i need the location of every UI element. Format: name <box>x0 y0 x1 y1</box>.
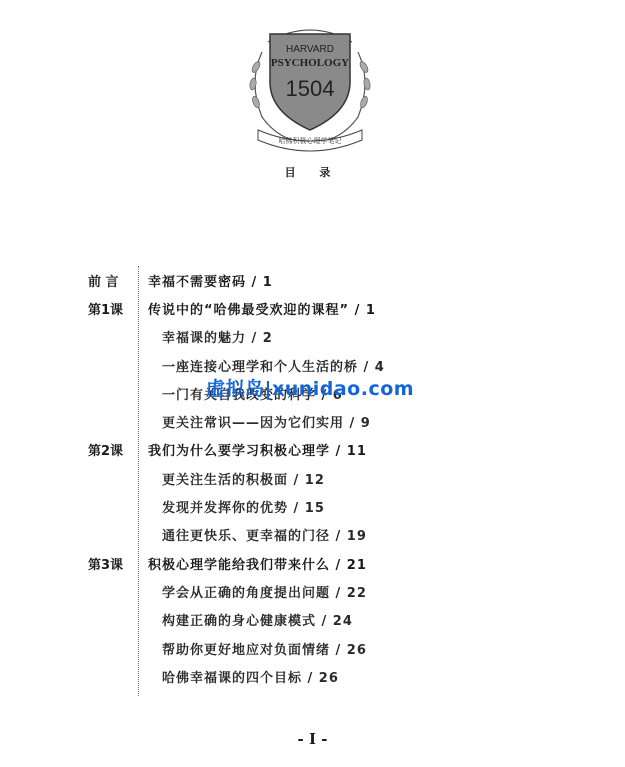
toc-section-row[interactable]: 更关注生活的积极面 / 12 <box>88 464 508 492</box>
toc-title-text: 一座连接心理学和个人生活的桥 / 4 <box>162 356 385 375</box>
toc-title-text: 传说中的“哈佛最受欢迎的课程” / 1 <box>148 299 376 318</box>
svg-text:1504: 1504 <box>286 76 335 101</box>
svg-text:HARVARD: HARVARD <box>286 44 334 55</box>
toc-title-text: 哈佛幸福课的四个目标 / 26 <box>162 667 339 686</box>
toc-section-row[interactable]: 构建正确的身心健康模式 / 24 <box>88 606 508 634</box>
toc-chapter-row[interactable]: 第2课我们为什么要学习积极心理学 / 11 <box>88 436 508 464</box>
toc-title-text: 学会从正确的角度提出问题 / 22 <box>162 582 367 601</box>
toc-section-row[interactable]: 幸福课的魅力 / 2 <box>88 323 508 351</box>
toc-section-row[interactable]: 帮助你更好地应对负面情绪 / 26 <box>88 634 508 662</box>
svg-text:哈佛积极心理学笔记: 哈佛积极心理学笔记 <box>279 136 342 145</box>
svg-text:PSYCHOLOGY: PSYCHOLOGY <box>271 57 349 69</box>
toc-section-row[interactable]: 更关注常识——因为它们实用 / 9 <box>88 407 508 435</box>
toc-section-row[interactable]: 通往更快乐、更幸福的门径 / 19 <box>88 521 508 549</box>
toc-label: 前 言 <box>88 271 140 290</box>
table-of-contents: 前 言幸福不需要密码 / 1第1课传说中的“哈佛最受欢迎的课程” / 1幸福课的… <box>88 266 508 690</box>
toc-title-text: 幸福不需要密码 / 1 <box>148 271 273 290</box>
toc-chapter-row[interactable]: 第3课积极心理学能给我们带来什么 / 21 <box>88 549 508 577</box>
toc-section-row[interactable]: 哈佛幸福课的四个目标 / 26 <box>88 662 508 690</box>
toc-section-row[interactable]: 发现并发挥你的优势 / 15 <box>88 492 508 520</box>
toc-title-text: 幸福课的魅力 / 2 <box>162 327 273 346</box>
toc-label: 第3课 <box>88 554 140 573</box>
toc-title-text: 帮助你更好地应对负面情绪 / 26 <box>162 639 367 658</box>
toc-title-text: 更关注生活的积极面 / 12 <box>162 469 325 488</box>
toc-heading: 目 录 <box>0 164 625 180</box>
harvard-psychology-emblem: HARVARD PSYCHOLOGY 1504 哈佛积极心理学笔记 <box>240 12 380 152</box>
toc-chapter-row[interactable]: 前 言幸福不需要密码 / 1 <box>88 266 508 294</box>
toc-label: 第2课 <box>88 440 140 459</box>
toc-chapter-row[interactable]: 第1课传说中的“哈佛最受欢迎的课程” / 1 <box>88 294 508 322</box>
watermark: 虚拟岛|xunidao.com <box>206 374 414 401</box>
toc-title-text: 通往更快乐、更幸福的门径 / 19 <box>162 525 367 544</box>
toc-title-text: 积极心理学能给我们带来什么 / 21 <box>148 554 367 573</box>
toc-title-text: 更关注常识——因为它们实用 / 9 <box>162 412 371 431</box>
page-number: - I - <box>0 730 625 748</box>
toc-section-row[interactable]: 学会从正确的角度提出问题 / 22 <box>88 577 508 605</box>
toc-title-text: 构建正确的身心健康模式 / 24 <box>162 610 353 629</box>
toc-title-text: 我们为什么要学习积极心理学 / 11 <box>148 440 367 459</box>
toc-title-text: 发现并发挥你的优势 / 15 <box>162 497 325 516</box>
toc-label: 第1课 <box>88 299 140 318</box>
